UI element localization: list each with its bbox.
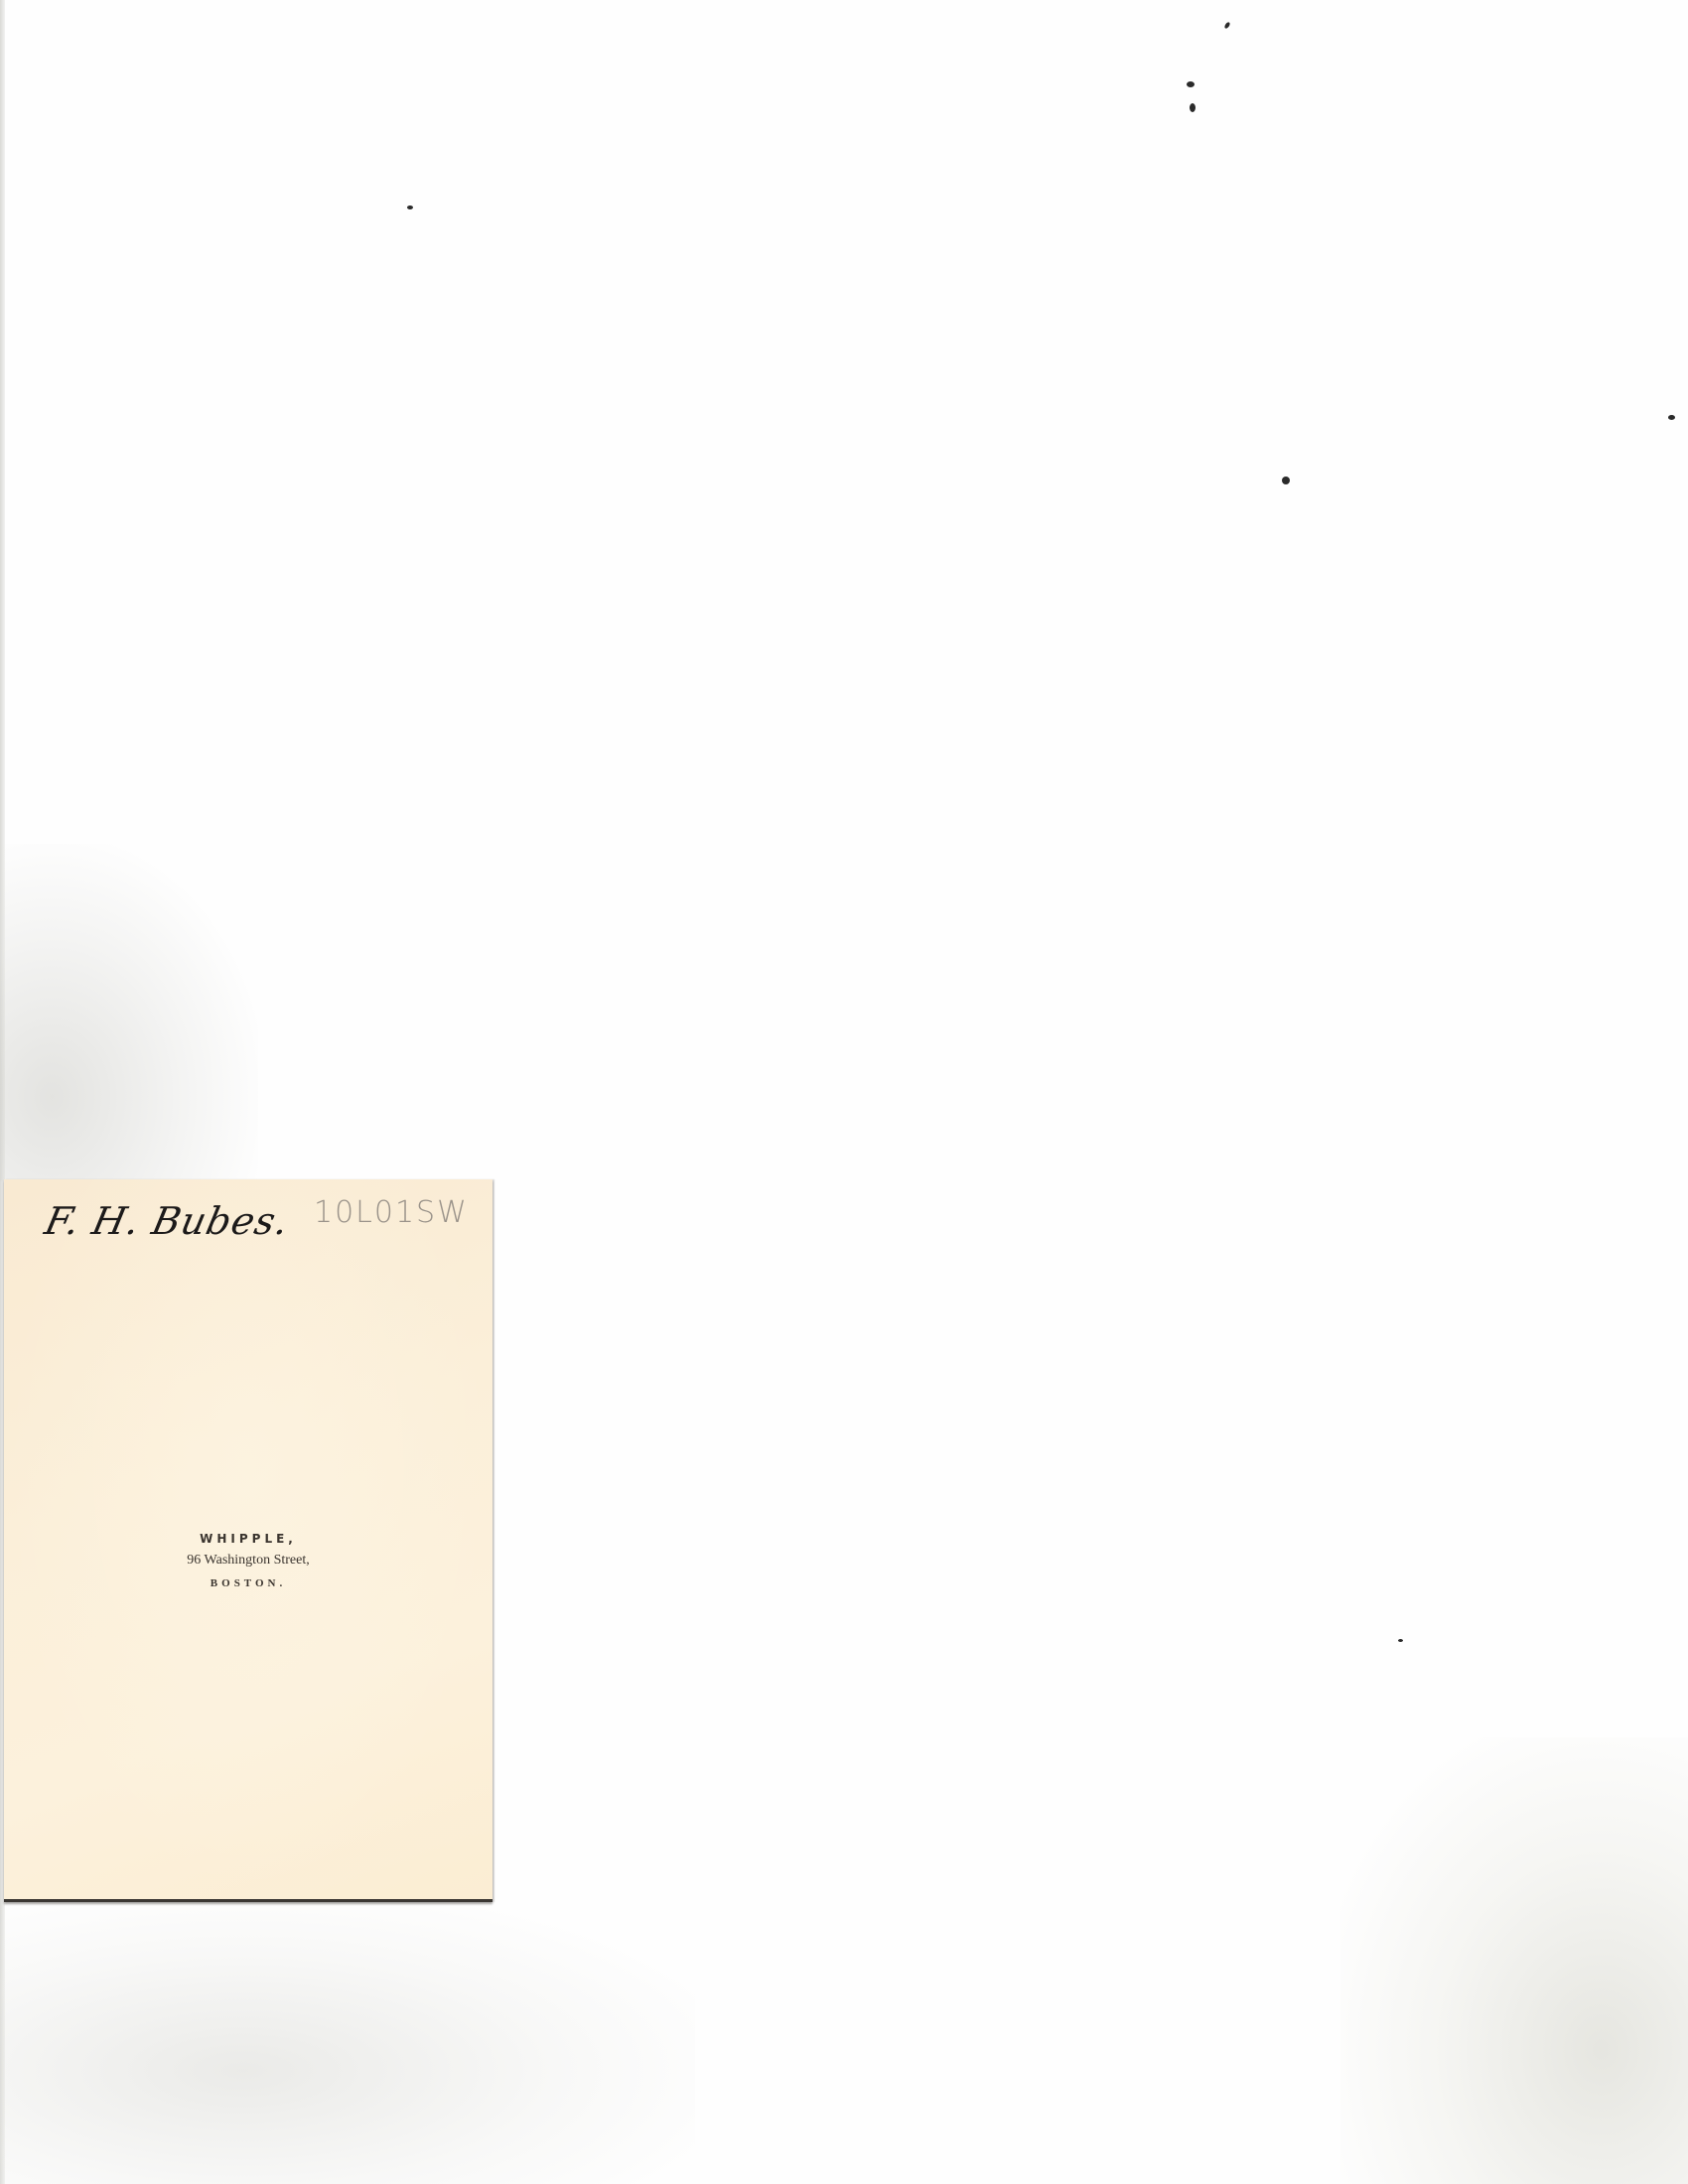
cabinet-card: F. H. Bubes. 10L01SW WHIPPLE, 96 Washing… [4, 1179, 492, 1902]
dust-speck [1190, 103, 1196, 112]
dust-speck [1282, 477, 1290, 484]
studio-city: BOSTON. [4, 1572, 492, 1594]
dust-speck [1398, 1639, 1403, 1642]
dust-speck [1668, 415, 1675, 420]
dust-speck [407, 205, 413, 209]
dust-speck [1187, 81, 1195, 87]
photographer-imprint: WHIPPLE, 96 Washington Street, BOSTON. [4, 1529, 492, 1594]
handwritten-name: F. H. Bubes. [41, 1199, 293, 1243]
studio-name: WHIPPLE, [4, 1529, 492, 1549]
scan-shadow [0, 1901, 695, 2184]
pencil-catalog-number: 10L01SW [314, 1195, 469, 1230]
studio-address: 96 Washington Street, [4, 1549, 492, 1572]
scan-shadow [0, 844, 258, 1181]
scan-shadow [1340, 1737, 1688, 2184]
